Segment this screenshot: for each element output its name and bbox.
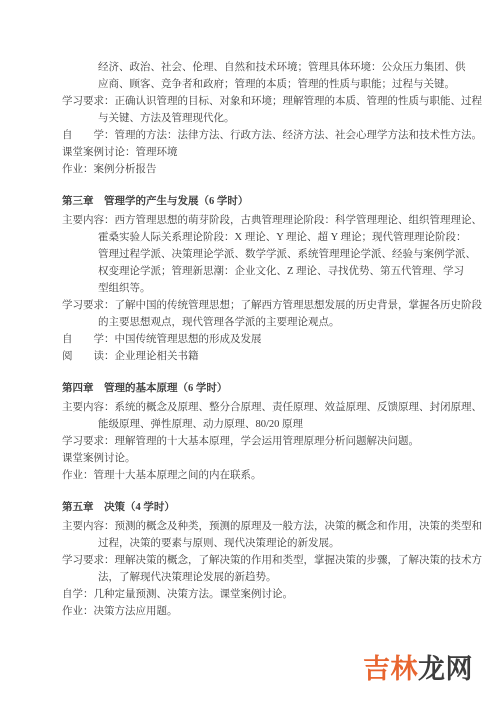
syllabus-line: 自 学：管理的方法：法律方法、行政方法、经济方法、社会心理学方法和技术性方法。	[62, 127, 472, 144]
syllabus-line: 过程，决策的要素与原则、现代决策理论的新发展。	[62, 535, 472, 552]
section-chapter-2-continuation: 经济、政治、社会、伦理、自然和技术环境；管理具体环境：公众压力集团、供应商、顾客…	[62, 59, 472, 178]
watermark-part-longwang: 龙网	[418, 654, 473, 684]
syllabus-line: 型组织等。	[62, 280, 472, 297]
syllabus-line: 课堂案例讨论：管理环境	[62, 144, 472, 161]
syllabus-line: 自学：几种定量预测、决策方法。课堂案例讨论。	[62, 586, 472, 603]
syllabus-line: 主要内容：预测的概念及种类，预测的原理及一般方法，决策的概念和作用，决策的类型和	[62, 518, 472, 535]
syllabus-line: 能级原理、弹性原理、动力原理、80/20 原理	[62, 416, 472, 433]
syllabus-line: 作业：管理十大基本原理之间的内在联系。	[62, 467, 472, 484]
section-chapter-4: 第四章 管理的基本原理（6 学时）主要内容：系统的概念及原理、整分合原理、责任原…	[62, 380, 472, 484]
syllabus-line: 法，了解现代决策理论发展的新趋势。	[62, 569, 472, 586]
syllabus-line: 学习要求：了解中国的传统管理思想；了解西方管理思想发展的历史背景，掌握各历史阶段	[62, 297, 472, 314]
syllabus-line: 权变理论学派；管理新思潮：企业文化、Z 理论、寻找优势、第五代管理、学习	[62, 263, 472, 280]
syllabus-line: 学习要求：理解管理的十大基本原理，学会运用管理原理分析问题解决问题。	[62, 433, 472, 450]
chapter-heading: 第三章 管理学的产生与发展（6 学时）	[62, 193, 472, 210]
chapter-heading: 第五章 决策（4 学时）	[62, 499, 472, 516]
syllabus-line: 主要内容：西方管理思想的萌芽阶段，古典管理理论阶段：科学管理理论、组织管理理论、	[62, 212, 472, 229]
syllabus-line: 作业：案例分析报告	[62, 161, 472, 178]
syllabus-line: 学习要求：理解决策的概念，了解决策的作用和类型，掌握决策的步骤，了解决策的技术方	[62, 552, 472, 569]
watermark-part-jilin: 吉林	[363, 654, 418, 684]
section-chapter-5: 第五章 决策（4 学时）主要内容：预测的概念及种类，预测的原理及一般方法，决策的…	[62, 499, 472, 620]
document-page: 经济、政治、社会、伦理、自然和技术环境；管理具体环境：公众压力集团、供应商、顾客…	[0, 0, 500, 707]
syllabus-line: 作业：决策方法应用题。	[62, 603, 472, 620]
course-syllabus-text: 经济、政治、社会、伦理、自然和技术环境；管理具体环境：公众压力集团、供应商、顾客…	[62, 59, 472, 620]
syllabus-line: 自 学：中国传统管理思想的形成及发展	[62, 331, 472, 348]
syllabus-line: 学习要求：正确认识管理的目标、对象和环境；理解管理的本质、管理的性质与职能、过程	[62, 93, 472, 110]
syllabus-line: 经济、政治、社会、伦理、自然和技术环境；管理具体环境：公众压力集团、供	[62, 59, 472, 76]
site-watermark: 吉林龙网	[363, 651, 473, 687]
syllabus-line: 主要内容：系统的概念及原理、整分合原理、责任原理、效益原理、反馈原理、封闭原理、	[62, 399, 472, 416]
syllabus-line: 管理过程学派、决策理论学派、数学学派、系统管理理论学派、经验与案例学派、	[62, 246, 472, 263]
syllabus-line: 应商、顾客、竞争者和政府；管理的本质；管理的性质与职能；过程与关键。	[62, 76, 472, 93]
syllabus-line: 阅 读：企业理论相关书籍	[62, 348, 472, 365]
syllabus-line: 与关键、方法及管理现代化。	[62, 110, 472, 127]
syllabus-line: 霍桑实验人际关系理论阶段：X 理论、Y 理论、超 Y 理论；现代管理理论阶段：	[62, 229, 472, 246]
chapter-heading: 第四章 管理的基本原理（6 学时）	[62, 380, 472, 397]
section-chapter-3: 第三章 管理学的产生与发展（6 学时）主要内容：西方管理思想的萌芽阶段，古典管理…	[62, 193, 472, 365]
syllabus-line: 课堂案例讨论。	[62, 450, 472, 467]
syllabus-line: 的主要思想观点，现代管理各学派的主要理论观点。	[62, 314, 472, 331]
